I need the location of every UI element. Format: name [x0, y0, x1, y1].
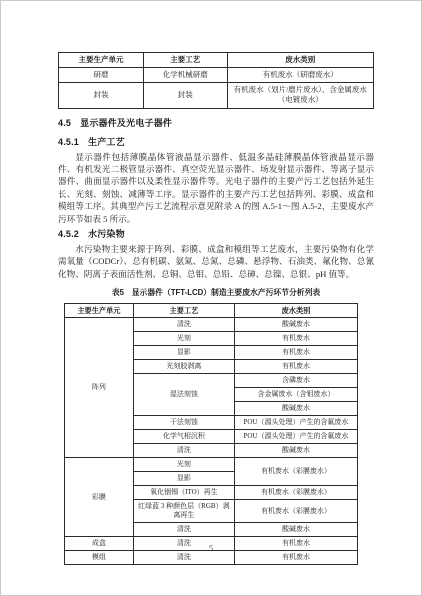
- cell-process-wet-etch: 湿法刻蚀: [133, 374, 234, 416]
- cell-wastewater: 酸碱废水: [234, 318, 357, 332]
- semiconductor-wastewater-table: 主要生产单元 主要工艺 废水类别 研磨 化学机械研磨 有机废水（研磨废水） 封装…: [58, 52, 374, 109]
- cell-wastewater: 有机废水: [234, 346, 357, 360]
- section-number: 4.5.1: [58, 137, 79, 147]
- table5-caption: 表5 显示器件（TFT-LCD）制造主要废水产污环节分析列表: [58, 287, 374, 298]
- cell-unit: 封装: [59, 83, 144, 108]
- cell-wastewater: POU（源头处理）产生的含氟废水: [234, 430, 357, 444]
- table-row: 封装 封装 有机废水（划片/磨片废水）、含金属废水（电镀废水）: [59, 83, 374, 108]
- document-page: 主要生产单元 主要工艺 废水类别 研磨 化学机械研磨 有机废水（研磨废水） 封装…: [0, 0, 422, 596]
- cell-wastewater: 有机废水（彩膜废水）: [234, 486, 357, 500]
- cell-process: 化学机械研磨: [144, 68, 227, 83]
- header-main-process: 主要工艺: [144, 53, 227, 68]
- header-main-process: 主要工艺: [133, 304, 234, 318]
- section-title: 显示器件及光电子器件: [80, 118, 172, 128]
- section-number: 4.5: [58, 118, 71, 128]
- cell-wastewater: 含磷废水: [234, 374, 357, 388]
- cell-process: 氧化铟锡（ITO）再生: [133, 486, 234, 500]
- cell-wastewater: 有机废水（划片/磨片废水）、含金属废水（电镀废水）: [227, 83, 373, 108]
- header-wastewater-type: 废水类别: [234, 304, 357, 318]
- cell-wastewater: 有机废水（研磨废水）: [227, 68, 373, 83]
- page-content: 主要生产单元 主要工艺 废水类别 研磨 化学机械研磨 有机废水（研磨废水） 封装…: [58, 52, 374, 565]
- table-row: 阵列 清洗 酸碱废水: [65, 318, 358, 332]
- cell-process: 显影: [133, 472, 234, 486]
- header-wastewater-type: 废水类别: [227, 53, 373, 68]
- tft-lcd-wastewater-table: 主要生产单元 主要工艺 废水类别 阵列 清洗 酸碱废水 光刻 有机废水 显影 有…: [64, 303, 358, 565]
- section-title: 水污染物: [88, 229, 125, 239]
- section-heading-4-5-1: 4.5.1生产工艺: [58, 136, 374, 148]
- cell-wastewater: 有机废水（彩膜废水）: [234, 458, 357, 486]
- section-number: 4.5.2: [58, 229, 79, 239]
- cell-process: 光刻胶剥离: [133, 360, 234, 374]
- cell-wastewater: 含金属废水（含钼废水）: [234, 388, 357, 402]
- cell-wastewater: 有机废水: [234, 332, 357, 346]
- cell-unit: 研磨: [59, 68, 144, 83]
- cell-unit-color-filter: 彩膜: [65, 458, 134, 537]
- cell-wastewater: 酸碱废水: [234, 444, 357, 458]
- cell-process: 红绿蓝 3 种颜色层（RGB）剥离再生: [133, 500, 234, 523]
- cell-unit-array: 阵列: [65, 318, 134, 458]
- table-header-row: 主要生产单元 主要工艺 废水类别: [59, 53, 374, 68]
- table-row: 研磨 化学机械研磨 有机废水（研磨废水）: [59, 68, 374, 83]
- section-heading-4-5: 4.5显示器件及光电子器件: [58, 117, 374, 129]
- cell-process: 显影: [133, 346, 234, 360]
- cell-process: 清洗: [133, 523, 234, 537]
- table-row: 彩膜 光刻 有机废水（彩膜废水）: [65, 458, 358, 472]
- paragraph-production-process: 显示器件包括薄膜晶体管液晶显示器件、低温多晶硅薄膜晶体管液晶显示器件、有机发光二…: [58, 151, 374, 225]
- cell-process: 封装: [144, 83, 227, 108]
- cell-process: 清洗: [133, 318, 234, 332]
- section-title: 生产工艺: [88, 137, 125, 147]
- cell-process: 干法刻蚀: [133, 416, 234, 430]
- cell-wastewater: 酸碱废水: [234, 402, 357, 416]
- cell-process: 光刻: [133, 458, 234, 472]
- table-header-row: 主要生产单元 主要工艺 废水类别: [65, 304, 358, 318]
- cell-wastewater: 有机废水（彩膜废水）: [234, 500, 357, 523]
- cell-process: 清洗: [133, 444, 234, 458]
- section-heading-4-5-2: 4.5.2水污染物: [58, 228, 374, 240]
- cell-process: 化学气相沉积: [133, 430, 234, 444]
- cell-process: 光刻: [133, 332, 234, 346]
- cell-wastewater: POU（源头处理）产生的含氟废水: [234, 416, 357, 430]
- header-production-unit: 主要生产单元: [59, 53, 144, 68]
- paragraph-water-pollutants: 水污染物主要来源于阵列、彩膜、成盒和模组等工艺废水，主要污染物有化学需氧量（CO…: [58, 243, 374, 280]
- page-number: 5: [1, 544, 421, 553]
- cell-wastewater: 有机废水: [234, 360, 357, 374]
- header-production-unit: 主要生产单元: [65, 304, 134, 318]
- cell-wastewater: 酸碱废水: [234, 523, 357, 537]
